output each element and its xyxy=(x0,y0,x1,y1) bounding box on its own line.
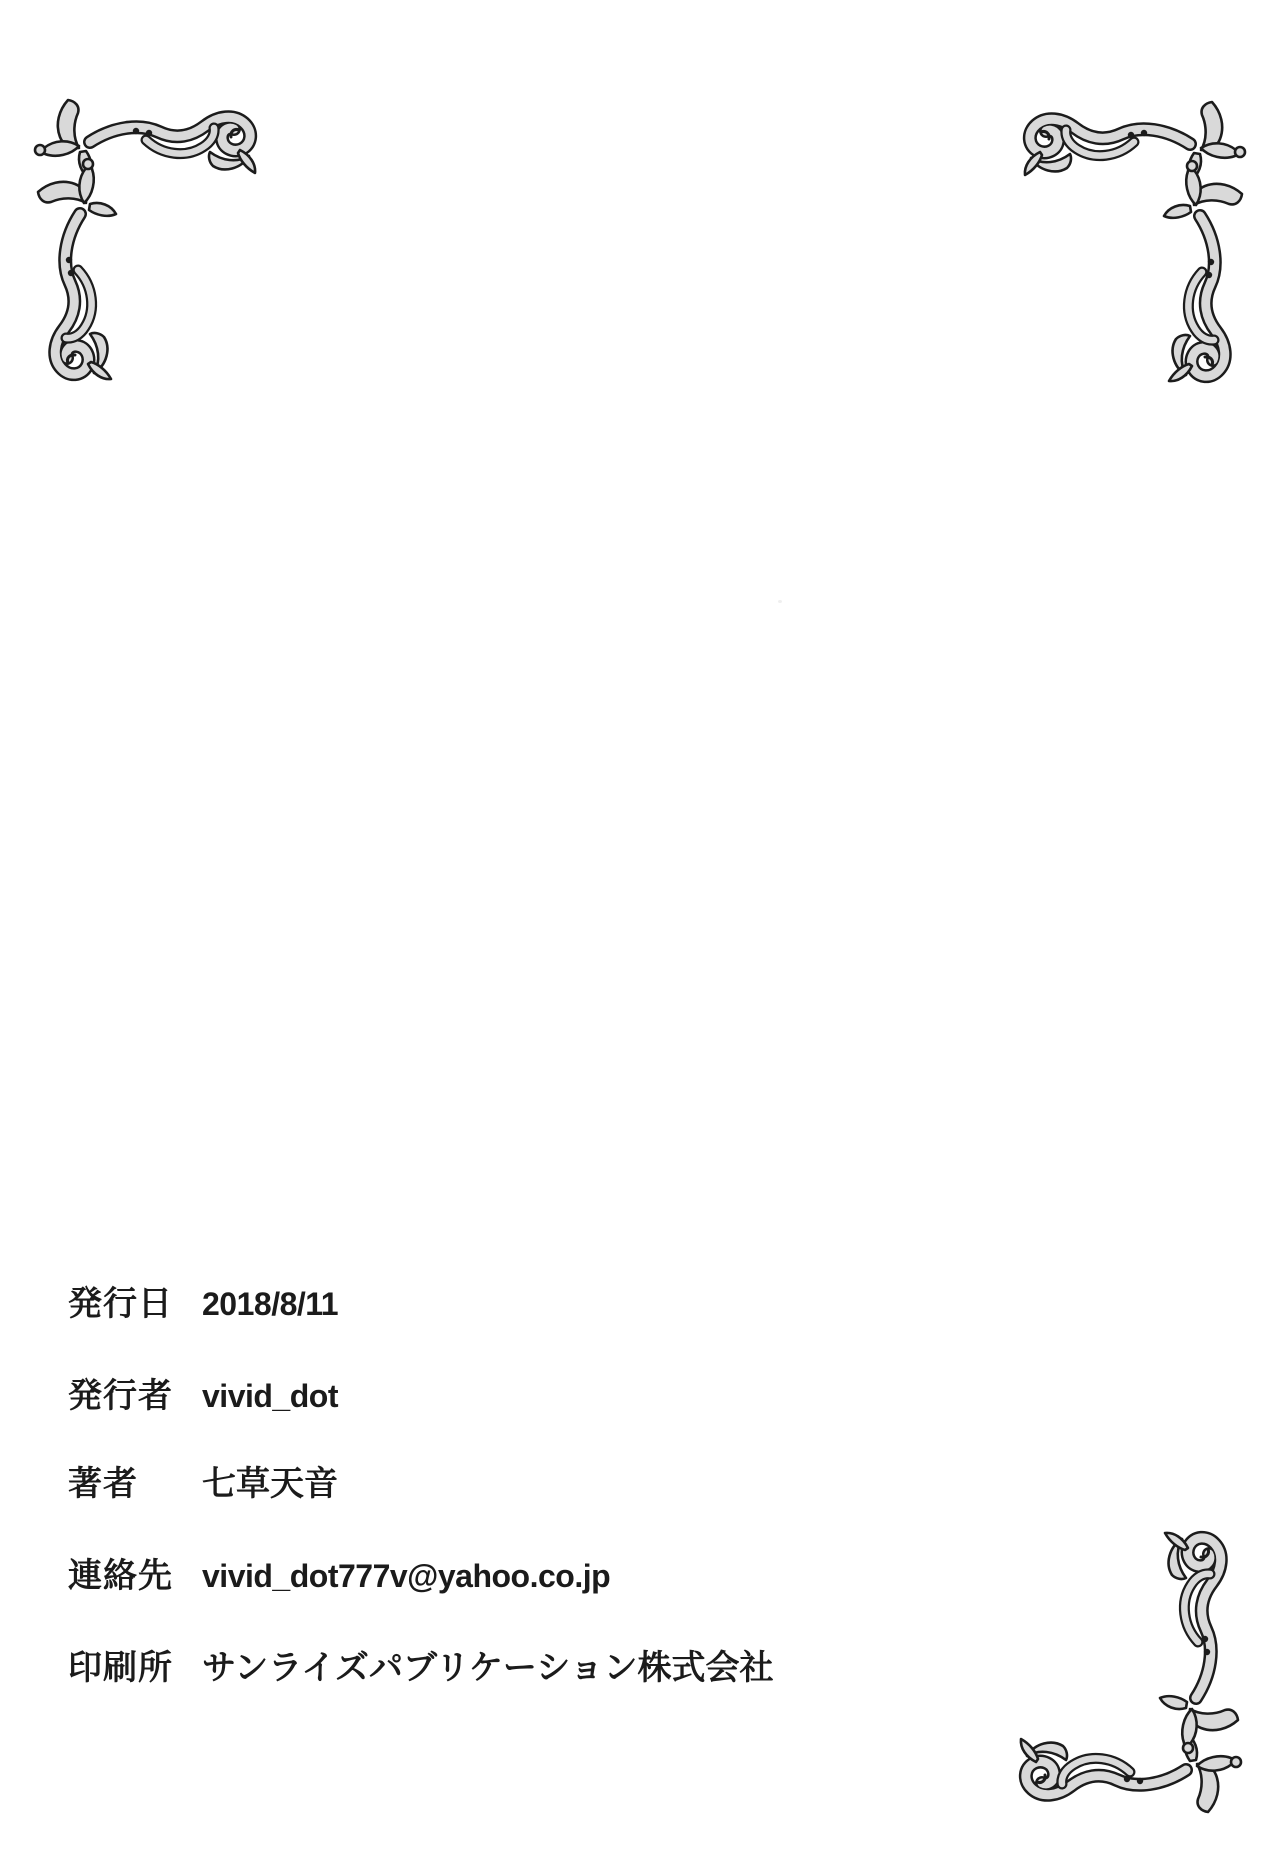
printer-value: サンライズパブリケーション株式会社 xyxy=(202,1640,774,1689)
author-value: 七草天音 xyxy=(202,1456,338,1505)
colophon-row-publication-date: 発行日 2018/8/11 xyxy=(68,1276,338,1325)
colophon-row-author: 著者 七草天音 xyxy=(68,1456,338,1505)
contact-label: 連絡先 xyxy=(68,1548,202,1597)
colophon-page: 発行日 2018/8/11 発行者 vivid_dot 著者 七草天音 連絡先 … xyxy=(0,0,1280,1851)
colophon: 発行日 2018/8/11 発行者 vivid_dot 著者 七草天音 連絡先 … xyxy=(0,0,1280,1851)
publication-date-label: 発行日 xyxy=(68,1276,202,1325)
contact-email-value: vivid_dot777v@yahoo.co.jp xyxy=(202,1558,610,1595)
publication-date-value: 2018/8/11 xyxy=(202,1286,338,1323)
publisher-value: vivid_dot xyxy=(202,1378,338,1415)
publisher-label: 発行者 xyxy=(68,1368,202,1417)
colophon-row-publisher: 発行者 vivid_dot xyxy=(68,1368,338,1417)
colophon-row-contact: 連絡先 vivid_dot777v@yahoo.co.jp xyxy=(68,1548,610,1597)
printer-label: 印刷所 xyxy=(68,1640,202,1689)
colophon-row-printer: 印刷所 サンライズパブリケーション株式会社 xyxy=(68,1640,774,1689)
author-label: 著者 xyxy=(68,1456,202,1505)
